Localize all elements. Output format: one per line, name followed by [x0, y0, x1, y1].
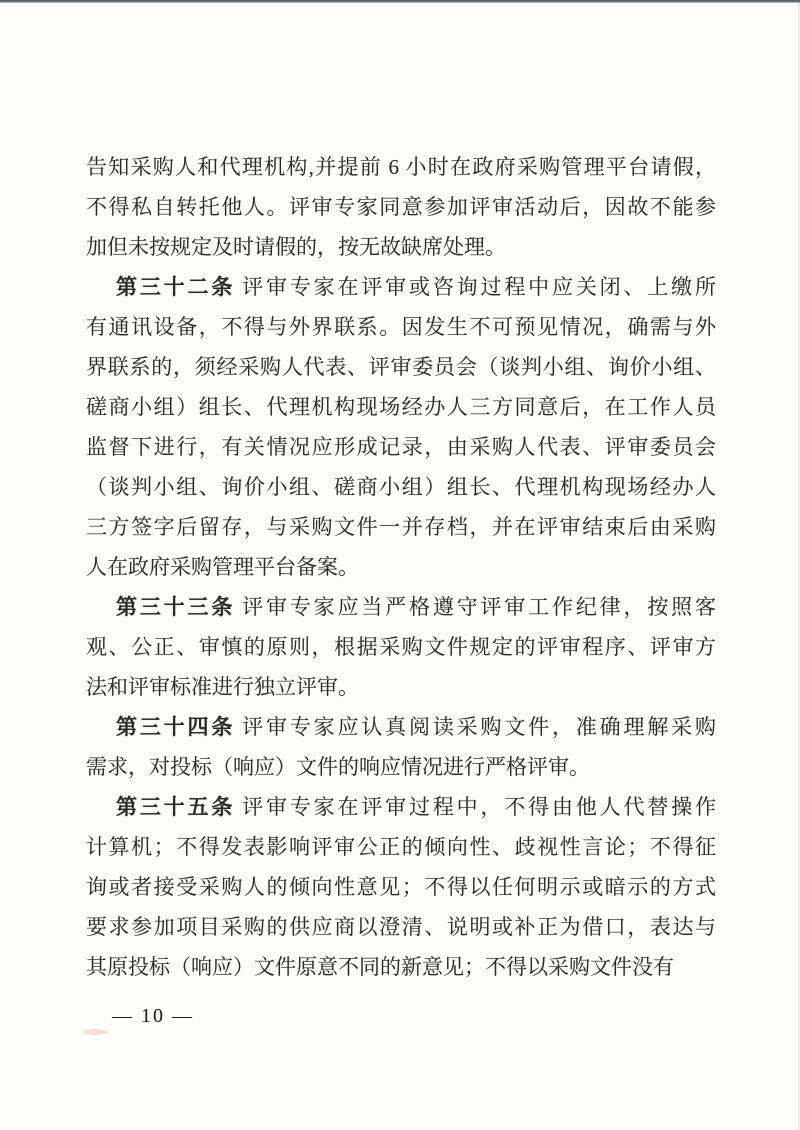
text-line: 第三十三条评审专家应当严格遵守评审工作纪律，按照客 — [86, 587, 716, 627]
text-line: 不得私自转托他人。评审专家同意参加评审活动后，因故不能参 — [86, 187, 716, 227]
article-number: 第三十二条 — [116, 276, 235, 299]
paragraph: 第三十三条评审专家应当严格遵守评审工作纪律，按照客观、公正、审慎的原则，根据采购… — [86, 587, 716, 707]
text-line: 需求，对投标（响应）文件的响应情况进行严格评审。 — [86, 747, 716, 787]
text-line: 询或者接受采购人的倾向性意见；不得以任何明示或暗示的方式 — [86, 867, 716, 907]
article-number: 第三十三条 — [116, 596, 235, 619]
text-line: 其原投标（响应）文件原意不同的新意见；不得以采购文件没有 — [86, 947, 716, 987]
text-line: 加但未按规定及时请假的，按无故缺席处理。 — [86, 227, 716, 267]
text-line: 法和评审标准进行独立评审。 — [86, 667, 716, 707]
text-line: 要求参加项目采购的供应商以澄清、说明或补正为借口，表达与 — [86, 907, 716, 947]
text-line: 有通讯设备，不得与外界联系。因发生不可预见情况，确需与外 — [86, 307, 716, 347]
text-line: 监督下进行，有关情况应形成记录，由采购人代表、评审委员会 — [86, 427, 716, 467]
scan-ink-smudge — [82, 1029, 108, 1035]
text-line: 磋商小组）组长、代理机构现场经办人三方同意后，在工作人员 — [86, 387, 716, 427]
paragraph: 第三十二条评审专家在评审或咨询过程中应关闭、上缴所有通讯设备，不得与外界联系。因… — [86, 267, 716, 587]
document-body: 告知采购人和代理机构,并提前 6 小时在政府采购管理平台请假，不得私自转托他人。… — [86, 147, 716, 987]
article-number: 第三十五条 — [116, 796, 235, 819]
paragraph: 第三十四条评审专家应认真阅读采购文件，准确理解采购需求，对投标（响应）文件的响应… — [86, 707, 716, 787]
article-number: 第三十四条 — [116, 716, 235, 739]
page-number-footer: — 10 — — [112, 1001, 194, 1031]
text-line: 第三十二条评审专家在评审或咨询过程中应关闭、上缴所 — [86, 267, 716, 307]
text-line: 观、公正、审慎的原则，根据采购文件规定的评审程序、评审方 — [86, 627, 716, 667]
paragraph: 告知采购人和代理机构,并提前 6 小时在政府采购管理平台请假，不得私自转托他人。… — [86, 147, 716, 267]
text-line: 计算机；不得发表影响评审公正的倾向性、歧视性言论；不得征 — [86, 827, 716, 867]
scanned-document-page: 告知采购人和代理机构,并提前 6 小时在政府采购管理平台请假，不得私自转托他人。… — [0, 0, 800, 1130]
text-line: （谈判小组、询价小组、磋商小组）组长、代理机构现场经办人 — [86, 467, 716, 507]
text-line: 人在政府采购管理平台备案。 — [86, 547, 716, 587]
text-line: 第三十四条评审专家应认真阅读采购文件，准确理解采购 — [86, 707, 716, 747]
text-line: 三方签字后留存，与采购文件一并存档，并在评审结束后由采购 — [86, 507, 716, 547]
scan-top-edge-artifact — [0, 0, 800, 3]
text-line: 界联系的，须经采购人代表、评审委员会（谈判小组、询价小组、 — [86, 347, 716, 387]
text-line: 第三十五条评审专家在评审过程中，不得由他人代替操作 — [86, 787, 716, 827]
text-line: 告知采购人和代理机构,并提前 6 小时在政府采购管理平台请假， — [86, 147, 716, 187]
paragraph: 第三十五条评审专家在评审过程中，不得由他人代替操作计算机；不得发表影响评审公正的… — [86, 787, 716, 987]
